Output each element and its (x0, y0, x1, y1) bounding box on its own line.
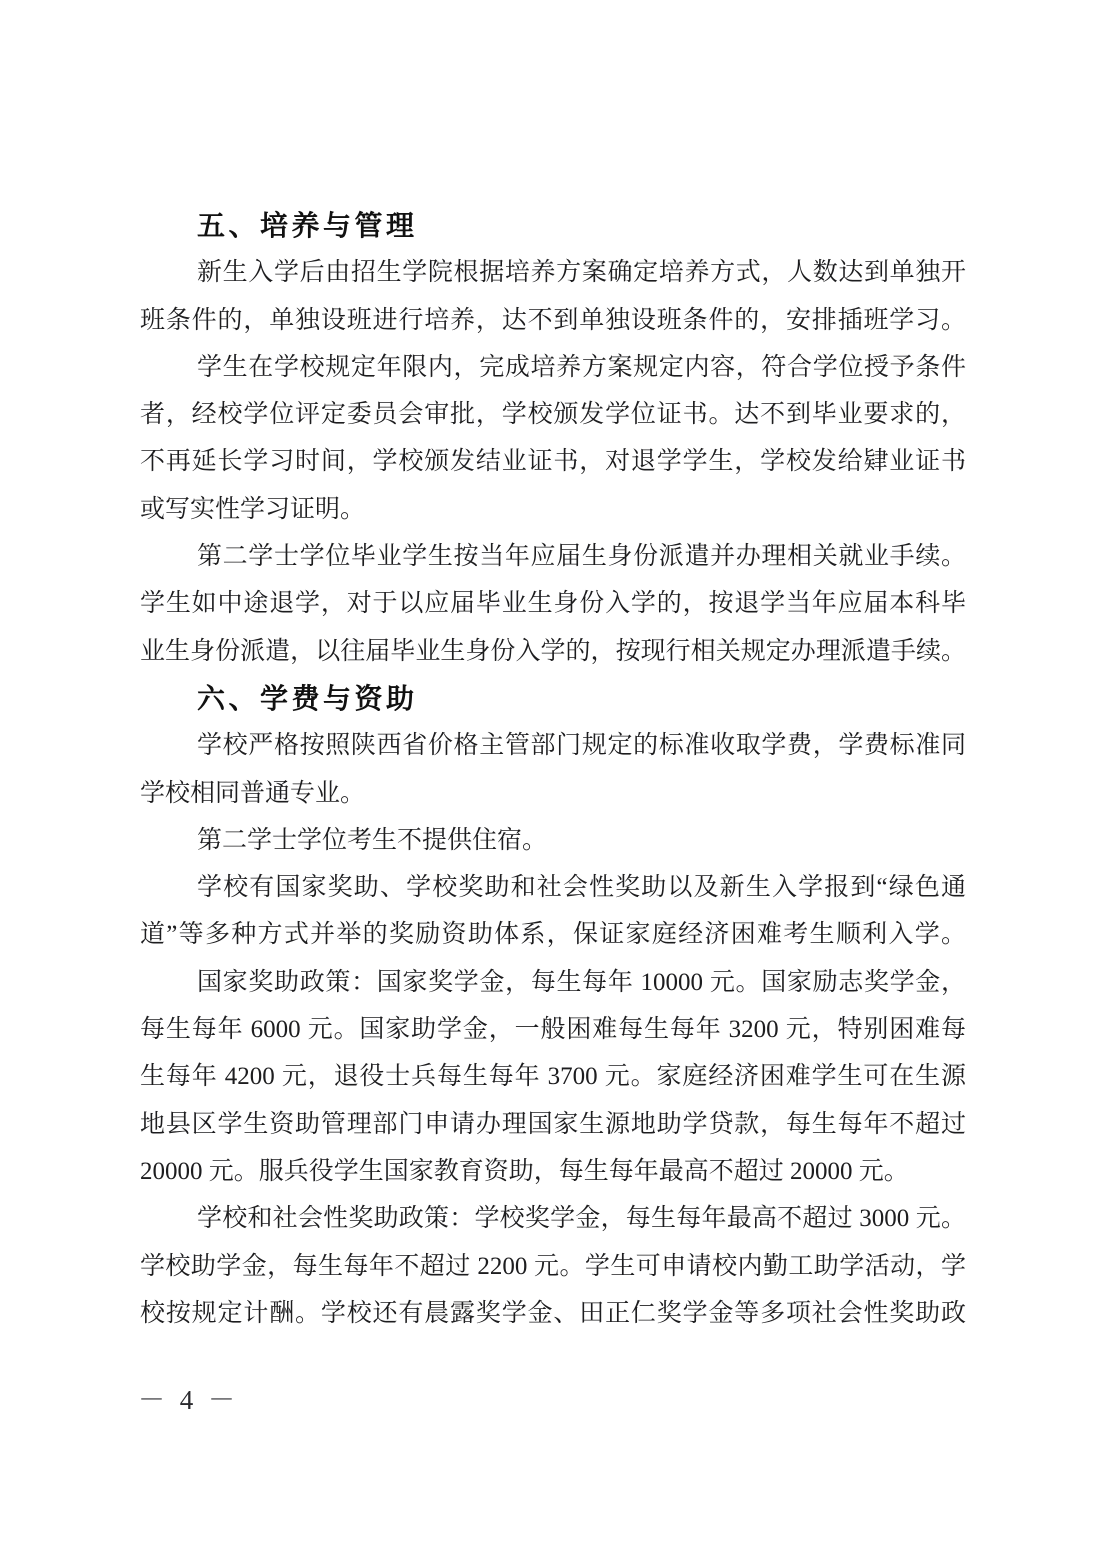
text-line: 不再延长学习时间，学校颁发结业证书，对退学学生，学校发给肄业证书 (140, 438, 966, 485)
document-body: 五、培养与管理新生入学后由招生学院根据培养方案确定培养方式，人数达到单独开班条件… (140, 202, 966, 1337)
text-line: 学生在学校规定年限内，完成培养方案规定内容，符合学位授予条件 (140, 344, 966, 391)
text-line: 班条件的，单独设班进行培养，达不到单独设班条件的，安排插班学习。 (140, 297, 966, 344)
text-line: 第二学士学位毕业学生按当年应届生身份派遣并办理相关就业手续。 (140, 533, 966, 580)
text-line: 业生身份派遣，以往届毕业生身份入学的，按现行相关规定办理派遣手续。 (140, 628, 966, 675)
document-page: 五、培养与管理新生入学后由招生学院根据培养方案确定培养方式，人数达到单独开班条件… (0, 0, 1102, 1559)
text-line: 地县区学生资助管理部门申请办理国家生源地助学贷款，每生每年不超过 (140, 1101, 966, 1148)
text-line: 学校和社会性奖助政策：学校奖学金，每生每年最高不超过 3000 元。 (140, 1195, 966, 1242)
text-line: 学校严格按照陕西省价格主管部门规定的标准收取学费，学费标准同 (140, 722, 966, 769)
text-line: 每生每年 6000 元。国家助学金，一般困难每生每年 3200 元，特别困难每 (140, 1006, 966, 1053)
page-number: － 4 － (138, 1378, 239, 1417)
text-line: 第二学士学位考生不提供住宿。 (140, 817, 966, 864)
text-line: 者，经校学位评定委员会审批，学校颁发学位证书。达不到毕业要求的， (140, 391, 966, 438)
text-line: 或写实性学习证明。 (140, 486, 966, 533)
text-line: 道”等多种方式并举的奖励资助体系，保证家庭经济困难考生顺利入学。 (140, 911, 966, 958)
text-line: 新生入学后由招生学院根据培养方案确定培养方式，人数达到单独开 (140, 249, 966, 296)
text-line: 国家奖助政策：国家奖学金，每生每年 10000 元。国家励志奖学金， (140, 959, 966, 1006)
text-line: 20000 元。服兵役学生国家教育资助，每生每年最高不超过 20000 元。 (140, 1148, 966, 1195)
text-line: 学校有国家奖助、学校奖助和社会性奖助以及新生入学报到“绿色通 (140, 864, 966, 911)
section-heading: 六、学费与资助 (140, 675, 966, 722)
text-line: 校按规定计酬。学校还有晨露奖学金、田正仁奖学金等多项社会性奖助政 (140, 1290, 966, 1337)
section-heading: 五、培养与管理 (140, 202, 966, 249)
text-line: 学校助学金，每生每年不超过 2200 元。学生可申请校内勤工助学活动，学 (140, 1243, 966, 1290)
text-line: 学校相同普通专业。 (140, 770, 966, 817)
text-line: 学生如中途退学，对于以应届毕业生身份入学的，按退学当年应届本科毕 (140, 580, 966, 627)
text-line: 生每年 4200 元，退役士兵每生每年 3700 元。家庭经济困难学生可在生源 (140, 1053, 966, 1100)
